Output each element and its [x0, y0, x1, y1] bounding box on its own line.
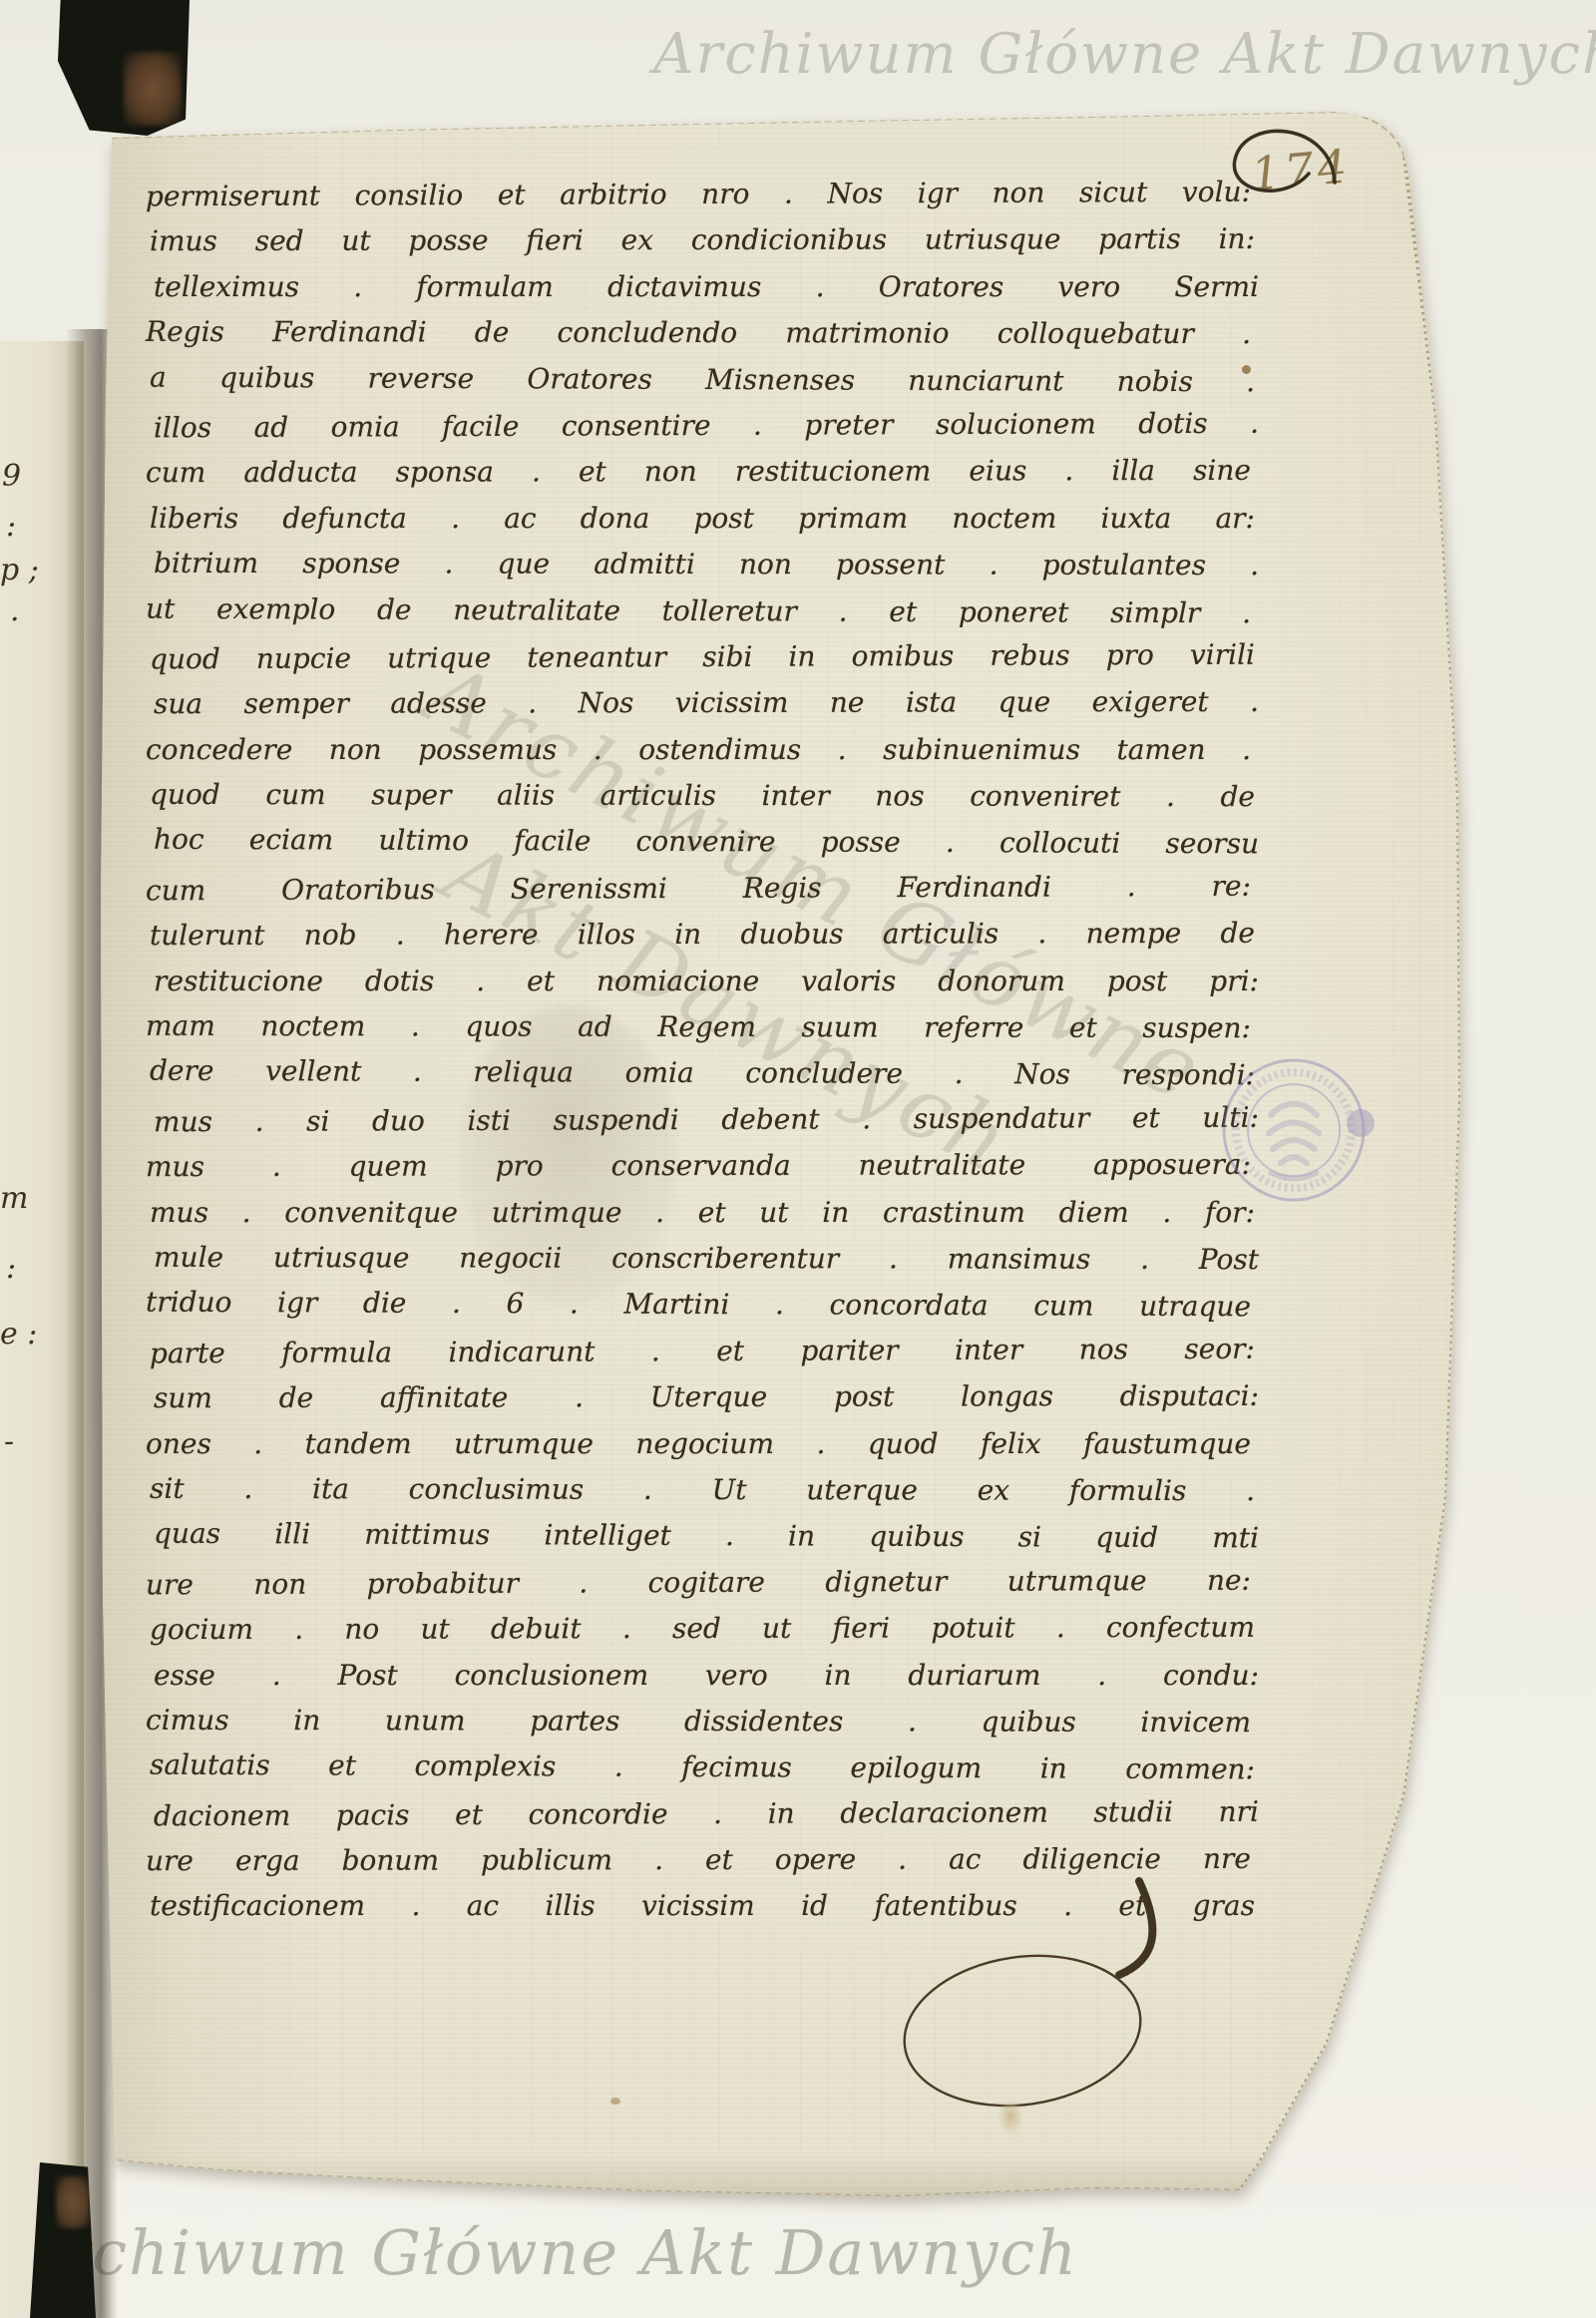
- stamp-inner-ring: [1248, 1084, 1340, 1176]
- manuscript-line: ure erga bonum publicum . et opere . ac …: [146, 1842, 1251, 1891]
- margin-ink-fragment: ·: [10, 602, 20, 637]
- paper-speck: [1242, 365, 1251, 374]
- archive-watermark-bottom: Archiwum Główne Akt Dawnych: [14, 2216, 1078, 2289]
- manuscript-line: dacionem pacis et concordie . in declara…: [154, 1794, 1259, 1845]
- margin-ink-fragment: p ;: [0, 553, 39, 587]
- manuscript-line: mam noctem . quos ad Regem suum referre …: [146, 1009, 1251, 1058]
- manuscript-line: imus sed ut posse fieri ex condicionibus…: [150, 222, 1255, 271]
- margin-ink-fragment: m: [0, 1181, 28, 1216]
- manuscript-line: sua semper adesse . Nos vicissim ne ista…: [154, 685, 1259, 734]
- manuscript-line: tulerunt nob . herere illos in duobus ar…: [150, 917, 1255, 966]
- manuscript-line: a quibus reverse Oratores Misnenses nunc…: [150, 360, 1255, 411]
- manuscript-line: illos ad omia facile consentire . preter…: [154, 407, 1259, 458]
- margin-ink-fragment: e :: [0, 1317, 37, 1352]
- archival-scan: Archiwum Główne Akt Dawnych Archiwum Głó…: [0, 0, 1596, 2318]
- manuscript-page: Archiwum Główne Akt Dawnych 174 permiser…: [100, 108, 1476, 2202]
- manuscript-line: permiserunt consilio et arbitrio nro . N…: [146, 176, 1251, 226]
- stamp-ink-blot: [1347, 1109, 1375, 1137]
- round-archive-stamp: [1209, 1045, 1379, 1215]
- leather-remnant: [124, 52, 182, 126]
- manuscript-line: quas illi mittimus intelliget . in quibu…: [154, 1517, 1259, 1568]
- folio-number: 174: [1249, 132, 1432, 200]
- manuscript-line: parte formula indicarunt . et pariter in…: [150, 1332, 1255, 1382]
- manuscript-line: cum Oratoribus Serenissmi Regis Ferdinan…: [146, 870, 1251, 921]
- manuscript-line: cimus in unum partes dissidentes . quibu…: [146, 1704, 1251, 1752]
- flourish-oval: [895, 1941, 1150, 2121]
- manuscript-line: ure non probabitur . cogitare dignetur u…: [146, 1563, 1251, 1614]
- manuscript-line: ones . tandem utrumque negocium . quod f…: [146, 1427, 1251, 1473]
- margin-ink-fragment: -: [4, 1424, 14, 1459]
- top-edge: [112, 112, 1404, 158]
- manuscript-line: Regis Ferdinandi de concludendo matrimon…: [146, 315, 1251, 364]
- manuscript-line: triduo igr die . 6 . Martini . concordat…: [146, 1286, 1251, 1337]
- manuscript-line: ut exemplo de neutralitate tolleretur . …: [146, 591, 1251, 642]
- manuscript-line: restitucione dotis . et nomiacione valor…: [154, 965, 1259, 1010]
- manuscript-line: mus . quem pro conservanda neutralitate …: [146, 1148, 1251, 1197]
- manuscript-line: mus . si duo isti suspendi debent . susp…: [154, 1100, 1259, 1151]
- bottom-edge-shading: [100, 2154, 1476, 2202]
- manuscript-line: sum de affinitate . Uterque post longas …: [154, 1379, 1259, 1428]
- manuscript-page-paper: Archiwum Główne Akt Dawnych 174 permiser…: [100, 108, 1476, 2202]
- stamp-eagle-emblem: [1269, 1104, 1319, 1163]
- manuscript-line: hoc eciam ultimo facile convenire posse …: [154, 823, 1259, 874]
- manuscript-line: gocium . no ut debuit . sed ut fieri pot…: [150, 1611, 1255, 1660]
- manuscript-line: mus . convenitque utrimque . et ut in cr…: [150, 1196, 1255, 1242]
- margin-ink-fragment: :: [6, 1251, 16, 1286]
- leather-remnant: [56, 2176, 90, 2228]
- manuscript-line: telleximus . formulam dictavimus . Orato…: [154, 270, 1259, 316]
- manuscript-line: dere vellent . reliqua omia concludere .…: [150, 1054, 1255, 1105]
- manuscript-line: testificacionem . ac illis vicissim id f…: [150, 1889, 1255, 1935]
- archive-watermark-top: Archiwum Główne Akt Dawnych: [653, 22, 1596, 87]
- manuscript-line: concedere non possemus . ostendimus . su…: [146, 733, 1251, 779]
- paper-speck: [610, 2098, 620, 2105]
- manuscript-line: liberis defuncta . ac dona post primam n…: [150, 502, 1255, 548]
- manuscript-line: cum adducta sponsa . et non restitucione…: [146, 454, 1251, 503]
- paper-stain: [997, 2098, 1023, 2135]
- binding-strap-bottom: [30, 2162, 96, 2318]
- manuscript-line: quod nupcie utrique teneantur sibi in om…: [150, 638, 1255, 689]
- binding-strap-top: [58, 0, 190, 136]
- stamp-ring-inscription: [1236, 1072, 1352, 1188]
- manuscript-line: bitrium sponse . que admitti non possent…: [154, 547, 1259, 595]
- manuscript-line: esse . Post conclusionem vero in duriaru…: [154, 1659, 1259, 1705]
- manuscript-line: sit . ita conclusimus . Ut uterque ex fo…: [150, 1472, 1255, 1521]
- manuscript-line: mule utriusque negocii conscriberentur .…: [154, 1241, 1259, 1290]
- manuscript-line: quod cum super aliis articulis inter nos…: [150, 778, 1255, 827]
- margin-ink-fragment: 9: [2, 459, 21, 494]
- manuscript-line: salutatis et complexis . fecimus epilogu…: [150, 1748, 1255, 1799]
- margin-ink-fragment: :: [6, 509, 16, 544]
- manuscript-text-block: permiserunt consilio et arbitrio nro . N…: [150, 178, 1255, 1936]
